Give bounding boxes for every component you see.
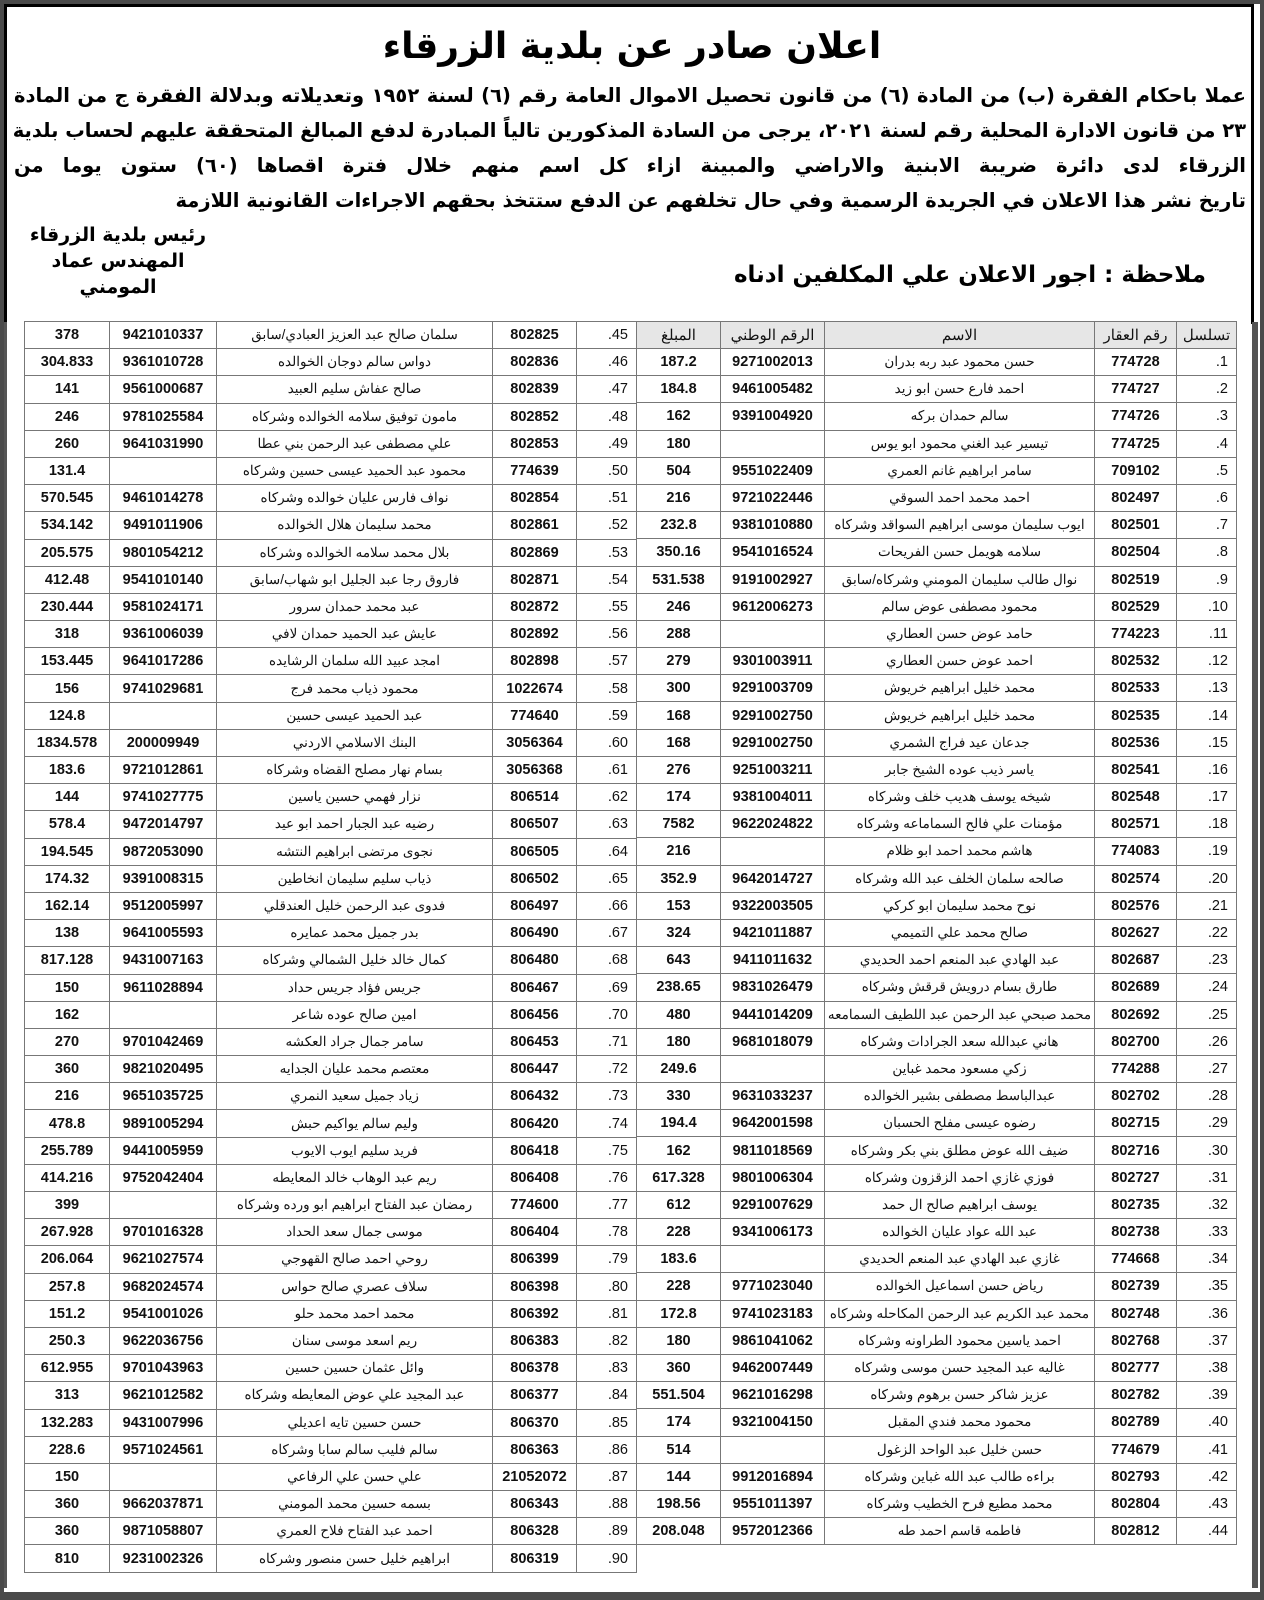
cell-amount: 360 [637,1354,721,1381]
table-row: 63. 806507 رضيه عبد الجبار احمد ابو عيد … [25,811,637,838]
cell-national-id: 9441005959 [110,1137,217,1164]
cell-property-no: 802892 [493,621,577,648]
cell-seq: 63. [577,811,637,838]
cell-national-id: 9271002013 [721,349,825,376]
cell-seq: 89. [577,1518,637,1545]
header-amount: المبلغ [637,322,721,349]
cell-seq: 81. [577,1300,637,1327]
cell-national-id: 9421011887 [721,919,825,946]
cell-property-no: 802535 [1095,702,1177,729]
table-row: 3. 774726 سالم حمدان بركه 9391004920 162 [637,403,1237,430]
cell-name: فوزي غازي احمد الزقزون وشركاه [825,1164,1095,1191]
cell-amount: 260 [25,430,110,457]
cell-name: محمد مطيع فرح الخطيب وشركاه [825,1490,1095,1517]
cell-national-id [110,1192,217,1219]
cell-national-id: 9321004150 [721,1409,825,1436]
cell-national-id [721,430,825,457]
cell-name: محمد سليمان هلال الخوالده [217,512,493,539]
cell-property-no: 802836 [493,349,577,376]
cell-property-no: 774725 [1095,430,1177,457]
cell-amount: 168 [637,729,721,756]
cell-seq: 46. [577,349,637,376]
cell-property-no: 806392 [493,1300,577,1327]
cell-national-id [110,1001,217,1028]
table-row: 38. 802777 غاليه عبد المجيد حسن موسى وشر… [637,1354,1237,1381]
cell-seq: 27. [1177,1055,1237,1082]
cell-amount: 304.833 [25,349,110,376]
table-row: 14. 802535 محمد خليل ابراهيم خريوش 92910… [637,702,1237,729]
cell-seq: 49. [577,430,637,457]
cell-amount: 174 [637,784,721,811]
table-row: 41. 774679 حسن خليل عبد الواحد الزغول 51… [637,1436,1237,1463]
cell-amount: 288 [637,620,721,647]
cell-name: ابراهيم خليل حسن منصور وشركاه [217,1545,493,1572]
cell-seq: 62. [577,784,637,811]
cell-seq: 54. [577,566,637,593]
cell-property-no: 806378 [493,1355,577,1382]
table-row: 65. 806502 ذياب سليم سليمان انخاطين 9391… [25,865,637,892]
cell-amount: 194.4 [637,1110,721,1137]
table-row: 77. 774600 رمضان عبد الفتاح ابراهيم ابو … [25,1192,637,1219]
cell-seq: 30. [1177,1137,1237,1164]
cell-property-no: 802852 [493,403,577,430]
cell-property-no: 802854 [493,485,577,512]
cell-seq: 58. [577,675,637,702]
table-row: 68. 806480 كمال خالد خليل الشمالي وشركاه… [25,947,637,974]
header-national-id: الرقم الوطني [721,322,825,349]
cell-name: بسمه حسين محمد المومني [217,1491,493,1518]
cell-seq: 69. [577,974,637,1001]
cell-seq: 26. [1177,1028,1237,1055]
cell-property-no: 806507 [493,811,577,838]
cell-seq: 60. [577,729,637,756]
cell-property-no: 802627 [1095,919,1177,946]
table-row: 86. 806363 سالم فليب سالم سابا وشركاه 95… [25,1436,637,1463]
cell-seq: 50. [577,457,637,484]
cell-amount: 144 [25,784,110,811]
cell-national-id: 9561000687 [110,376,217,403]
cell-seq: 23. [1177,947,1237,974]
cell-name: تيسير عبد الغني محمود ابو يوس [825,430,1095,457]
cell-seq: 25. [1177,1001,1237,1028]
cell-national-id: 9642001598 [721,1110,825,1137]
table-row: 61. 3056368 بسام نهار مصلح القضاه وشركاه… [25,757,637,784]
cell-national-id: 9641005593 [110,920,217,947]
table-body: 1. 774728 حسن محمود عبد ربه بدران 927100… [637,349,1237,1545]
table-row: 64. 806505 نجوى مرتضى ابراهيم النتشه 987… [25,838,637,865]
table-row: 25. 802692 محمد صبحي عبد الرحمن عبد اللط… [637,1001,1237,1028]
table-row: 50. 774639 محمود عبد الحميد عيسى حسين وش… [25,457,637,484]
cell-national-id: 9541016524 [721,539,825,566]
cell-name: فريد سليم ايوب الايوب [217,1137,493,1164]
cell-amount: 216 [637,838,721,865]
cell-name: كمال خالد خليل الشمالي وشركاه [217,947,493,974]
cell-national-id: 9631033237 [721,1083,825,1110]
cell-seq: 6. [1177,484,1237,511]
table-row: 56. 802892 عايش عبد الحميد حمدان لافي 93… [25,621,637,648]
cell-amount: 300 [637,675,721,702]
cell-name: ياسر ذيب عوده الشيخ جابر [825,756,1095,783]
table-row: 4. 774725 تيسير عبد الغني محمود ابو يوس … [637,430,1237,457]
cell-seq: 16. [1177,756,1237,783]
cell-national-id: 9291002750 [721,729,825,756]
cell-property-no: 774679 [1095,1436,1177,1463]
cell-property-no: 806420 [493,1110,577,1137]
cell-name: محمود ذياب محمد فرج [217,675,493,702]
cell-seq: 90. [577,1545,637,1572]
cell-name: رضيه عبد الجبار احمد ابو عيد [217,811,493,838]
cell-property-no: 802804 [1095,1490,1177,1517]
cell-property-no: 802853 [493,430,577,457]
cell-national-id [721,1436,825,1463]
cell-amount: 162 [25,1001,110,1028]
cell-amount: 360 [25,1491,110,1518]
cell-amount: 617.328 [637,1164,721,1191]
table-row: 26. 802700 هاني عبدالله سعد الجرادات وشر… [637,1028,1237,1055]
cell-name: سالم حمدان بركه [825,403,1095,430]
cell-seq: 19. [1177,838,1237,865]
cell-property-no: 802793 [1095,1463,1177,1490]
cell-seq: 73. [577,1083,637,1110]
cell-national-id: 9621012582 [110,1382,217,1409]
cell-amount: 360 [25,1056,110,1083]
cell-amount: 238.65 [637,974,721,1001]
cell-property-no: 774668 [1095,1246,1177,1273]
cell-property-no: 806343 [493,1491,577,1518]
signature-title: رئيس بلدية الزرقاء [18,222,218,248]
cell-amount: 249.6 [637,1055,721,1082]
cell-name: محمد عبد الكريم عبد الرحمن المكاحله وشرك… [825,1300,1095,1327]
table-row: 36. 802748 محمد عبد الكريم عبد الرحمن ال… [637,1300,1237,1327]
cell-amount: 230.444 [25,593,110,620]
cell-amount: 180 [637,430,721,457]
cell-national-id: 9891005294 [110,1110,217,1137]
table-row: 54. 802871 فاروق رجا عبد الجليل ابو شهاب… [25,566,637,593]
cell-seq: 13. [1177,675,1237,702]
cell-amount: 132.283 [25,1409,110,1436]
cell-national-id: 9622036756 [110,1327,217,1354]
cell-property-no: 802692 [1095,1001,1177,1028]
table-row: 47. 802839 صالح عفاش سليم العبيد 9561000… [25,376,637,403]
table-row: 83. 806378 وائل عثمان حسين حسين 97010439… [25,1355,637,1382]
cell-property-no: 774727 [1095,376,1177,403]
cell-property-no: 802715 [1095,1110,1177,1137]
table-row: 69. 806467 جريس فؤاد جريس حداد 961102889… [25,974,637,1001]
table-row: 17. 802548 شيخه يوسف هديب خلف وشركاه 938… [637,784,1237,811]
table-row: 35. 802739 رياض حسن اسماعيل الخوالده 977… [637,1273,1237,1300]
cell-national-id: 9811018569 [721,1137,825,1164]
cell-property-no: 774083 [1095,838,1177,865]
table-row: 6. 802497 احمد محمد احمد السوقي 97210224… [637,484,1237,511]
cell-national-id: 9801054212 [110,539,217,566]
cell-seq: 37. [1177,1327,1237,1354]
cell-property-no: 806514 [493,784,577,811]
cell-seq: 52. [577,512,637,539]
cell-seq: 65. [577,865,637,892]
cell-seq: 32. [1177,1191,1237,1218]
cell-seq: 86. [577,1436,637,1463]
cell-name: امين صالح عوده شاعر [217,1001,493,1028]
cell-property-no: 806432 [493,1083,577,1110]
cell-property-no: 774600 [493,1192,577,1219]
cell-seq: 47. [577,376,637,403]
taxpayers-table-left: 45. 802825 سلمان صالح عبد العزيز العبادي… [24,321,637,1573]
cell-amount: 478.8 [25,1110,110,1137]
table-row: 79. 806399 روحي احمد صالح القهوجي 962102… [25,1246,637,1273]
cell-seq: 82. [577,1327,637,1354]
cell-name: حامد عوض حسن العطاري [825,620,1095,647]
cell-name: مامون توفيق سلامه الخوالده وشركاه [217,403,493,430]
cell-seq: 29. [1177,1110,1237,1137]
cell-amount: 318 [25,621,110,648]
cell-amount: 246 [637,593,721,620]
cell-name: نزار فهمي حسين ياسين [217,784,493,811]
cell-amount: 378 [25,322,110,349]
cell-name: نوح محمد سليمان ابو كركي [825,892,1095,919]
table-row: 73. 806432 زياد جميل سعيد النمري 9651035… [25,1083,637,1110]
cell-name: شيخه يوسف هديب خلف وشركاه [825,784,1095,811]
cell-property-no: 802777 [1095,1354,1177,1381]
cell-seq: 28. [1177,1083,1237,1110]
cell-national-id: 9682024574 [110,1273,217,1300]
table-row: 59. 774640 عبد الحميد عيسى حسين 124.8 [25,702,637,729]
cell-amount: 150 [25,1463,110,1490]
table-row: 1. 774728 حسن محمود عبد ربه بدران 927100… [637,349,1237,376]
cell-national-id: 9721022446 [721,484,825,511]
cell-property-no: 802839 [493,376,577,403]
cell-national-id: 9301003911 [721,648,825,675]
cell-name: امجد عبيد الله سلمان الرشايده [217,648,493,675]
cell-property-no: 802739 [1095,1273,1177,1300]
cell-amount: 276 [637,756,721,783]
cell-national-id: 9741023183 [721,1300,825,1327]
cell-seq: 3. [1177,403,1237,430]
cell-national-id: 9662037871 [110,1491,217,1518]
cell-name: موسى جمال سعد الحداد [217,1219,493,1246]
cell-name: سامر ابراهيم غانم العمري [825,457,1095,484]
cell-seq: 68. [577,947,637,974]
cell-national-id: 9701016328 [110,1219,217,1246]
cell-name: ضيف الله عوض مطلق بني بكر وشركاه [825,1137,1095,1164]
cell-amount: 162 [637,403,721,430]
cell-name: فاروق رجا عبد الجليل ابو شهاب/سابق [217,566,493,593]
cell-name: فدوى عبد الرحمن خليل العندقلي [217,892,493,919]
cell-name: هاشم محمد احمد ابو ظلام [825,838,1095,865]
cell-seq: 78. [577,1219,637,1246]
cell-national-id: 9721012861 [110,757,217,784]
table-row: 16. 802541 ياسر ذيب عوده الشيخ جابر 9251… [637,756,1237,783]
table-row: 60. 3056364 البنك الاسلامي الاردني 20000… [25,729,637,756]
table-row: 34. 774668 غازي عبد الهادي عبد المنعم ال… [637,1246,1237,1273]
cell-amount: 138 [25,920,110,947]
cell-seq: 10. [1177,593,1237,620]
cell-national-id: 9752042404 [110,1164,217,1191]
cell-seq: 24. [1177,974,1237,1001]
cell-name: رمضان عبد الفتاح ابراهيم ابو ورده وشركاه [217,1192,493,1219]
cell-national-id: 9191002927 [721,566,825,593]
cell-seq: 45. [577,322,637,349]
cell-property-no: 802501 [1095,512,1177,539]
cell-national-id [721,838,825,865]
cell-national-id: 9741029681 [110,675,217,702]
cell-property-no: 802548 [1095,784,1177,811]
cell-name: عبد الحميد عيسى حسين [217,702,493,729]
table-row: 76. 806408 ريم عبد الوهاب خالد المعايطه … [25,1164,637,1191]
cell-seq: 14. [1177,702,1237,729]
cell-amount: 151.2 [25,1300,110,1327]
cell-seq: 36. [1177,1300,1237,1327]
cell-amount: 172.8 [637,1300,721,1327]
body-line: ٢٣ من قانون الادارة المحلية رقم لسنة ٢٠٢… [14,113,1246,148]
table-row: 29. 802715 رضوه عيسى مفلح الحسبان 964200… [637,1110,1237,1137]
cell-amount: 180 [637,1327,721,1354]
cell-national-id: 9572012366 [721,1518,825,1545]
table-row: 15. 802536 جدعان عيد فراج الشمري 9291002… [637,729,1237,756]
cell-national-id: 9642014727 [721,865,825,892]
cell-property-no: 802768 [1095,1327,1177,1354]
cell-national-id: 9821020495 [110,1056,217,1083]
table-row: 43. 802804 محمد مطيع فرح الخطيب وشركاه 9… [637,1490,1237,1517]
cell-amount: 324 [637,919,721,946]
cell-national-id: 9611028894 [110,974,217,1001]
cell-amount: 228.6 [25,1436,110,1463]
announcement-body: عملا باحكام الفقرة (ب) من المادة (٦) من … [14,78,1246,218]
cell-name: ذياب سليم سليمان انخاطين [217,865,493,892]
cell-property-no: 802571 [1095,811,1177,838]
cell-national-id [721,1246,825,1273]
cell-amount: 255.789 [25,1137,110,1164]
cell-national-id: 9472014797 [110,811,217,838]
cell-property-no: 802689 [1095,974,1177,1001]
table-body: 45. 802825 سلمان صالح عبد العزيز العبادي… [25,322,637,1573]
table-row: 27. 774288 زكي مسعود محمد غباين 249.6 [637,1055,1237,1082]
signature-name: المهندس عماد المومني [18,248,218,300]
cell-property-no: 802700 [1095,1028,1177,1055]
table-row: 88. 806343 بسمه حسين محمد المومني 966203… [25,1491,637,1518]
cell-national-id: 9441014209 [721,1001,825,1028]
cell-seq: 1. [1177,349,1237,376]
cell-national-id: 9251003211 [721,756,825,783]
cell-name: فاطمه قاسم احمد طه [825,1518,1095,1545]
cell-seq: 51. [577,485,637,512]
cell-property-no: 802871 [493,566,577,593]
table-row: 39. 802782 عزيز شاكر حسن برهوم وشركاه 96… [637,1382,1237,1409]
cell-amount: 352.9 [637,865,721,892]
cell-seq: 12. [1177,648,1237,675]
cell-amount: 228 [637,1219,721,1246]
cell-seq: 76. [577,1164,637,1191]
cell-amount: 168 [637,702,721,729]
cell-amount: 156 [25,675,110,702]
cell-name: سلمان صالح عبد العزيز العبادي/سابق [217,322,493,349]
cell-property-no: 806319 [493,1545,577,1572]
cell-seq: 85. [577,1409,637,1436]
cell-property-no: 806490 [493,920,577,947]
cell-name: رضوه عيسى مفلح الحسبان [825,1110,1095,1137]
cell-seq: 48. [577,403,637,430]
table-row: 66. 806497 فدوى عبد الرحمن خليل العندقلي… [25,892,637,919]
cell-national-id: 9431007163 [110,947,217,974]
cell-amount: 279 [637,648,721,675]
cell-seq: 56. [577,621,637,648]
cell-national-id: 9912016894 [721,1463,825,1490]
table-row: 9. 802519 نوال طالب سليمان المومني وشركا… [637,566,1237,593]
cell-national-id: 9551022409 [721,457,825,484]
cell-national-id: 200009949 [110,729,217,756]
cell-name: عايش عبد الحميد حمدان لافي [217,621,493,648]
table-row: 2. 774727 احمد فارع حسن ابو زيد 94610054… [637,376,1237,403]
cell-national-id: 9701043963 [110,1355,217,1382]
cell-amount: 184.8 [637,376,721,403]
cell-property-no: 802812 [1095,1518,1177,1545]
cell-name: عبد محمد حمدان سرور [217,593,493,620]
cell-name: سالم فليب سالم سابا وشركاه [217,1436,493,1463]
table-header-row: تسلسل رقم العقار الاسم الرقم الوطني المب… [637,322,1237,349]
table-row: 11. 774223 حامد عوض حسن العطاري 288 [637,620,1237,647]
table-row: 44. 802812 فاطمه قاسم احمد طه 9572012366… [637,1518,1237,1545]
cell-property-no: 709102 [1095,457,1177,484]
cell-seq: 71. [577,1028,637,1055]
table-row: 45. 802825 سلمان صالح عبد العزيز العبادي… [25,322,637,349]
table-row: 13. 802533 محمد خليل ابراهيم خريوش 92910… [637,675,1237,702]
table-row: 31. 802727 فوزي غازي احمد الزقزون وشركاه… [637,1164,1237,1191]
cell-national-id: 9621027574 [110,1246,217,1273]
cell-amount: 246 [25,403,110,430]
table-row: 28. 802702 عبدالباسط مصطفى بشير الخوالده… [637,1083,1237,1110]
cell-national-id: 9462007449 [721,1354,825,1381]
cell-seq: 31. [1177,1164,1237,1191]
cell-national-id: 9341006173 [721,1219,825,1246]
cell-name: زكي مسعود محمد غباين [825,1055,1095,1082]
cell-national-id: 9641031990 [110,430,217,457]
cell-amount: 174.32 [25,865,110,892]
cell-property-no: 802872 [493,593,577,620]
cell-property-no: 806467 [493,974,577,1001]
cell-amount: 153 [637,892,721,919]
cell-property-no: 802574 [1095,865,1177,892]
cell-property-no: 802789 [1095,1409,1177,1436]
cell-property-no: 802536 [1095,729,1177,756]
cell-name: يوسف ابراهيم صالح ال حمد [825,1191,1095,1218]
cell-property-no: 3056364 [493,729,577,756]
cell-property-no: 802748 [1095,1300,1177,1327]
cell-amount: 187.2 [637,349,721,376]
table-row: 57. 802898 امجد عبيد الله سلمان الرشايده… [25,648,637,675]
cell-name: محمد خليل ابراهيم خريوش [825,675,1095,702]
cell-national-id: 9541001026 [110,1300,217,1327]
cell-amount: 208.048 [637,1518,721,1545]
cell-seq: 9. [1177,566,1237,593]
cell-seq: 44. [1177,1518,1237,1545]
cell-seq: 15. [1177,729,1237,756]
cell-national-id [110,702,217,729]
cell-amount: 124.8 [25,702,110,729]
cell-property-no: 802716 [1095,1137,1177,1164]
cell-amount: 205.575 [25,539,110,566]
cell-national-id: 9771023040 [721,1273,825,1300]
cell-amount: 817.128 [25,947,110,974]
cell-seq: 33. [1177,1219,1237,1246]
cell-amount: 330 [637,1083,721,1110]
cell-national-id: 9291007629 [721,1191,825,1218]
cell-property-no: 1022674 [493,675,577,702]
cell-seq: 40. [1177,1409,1237,1436]
cell-amount: 183.6 [637,1246,721,1273]
cell-national-id: 9622024822 [721,811,825,838]
cell-national-id: 9431007996 [110,1409,217,1436]
cell-amount: 313 [25,1382,110,1409]
cell-seq: 57. [577,648,637,675]
